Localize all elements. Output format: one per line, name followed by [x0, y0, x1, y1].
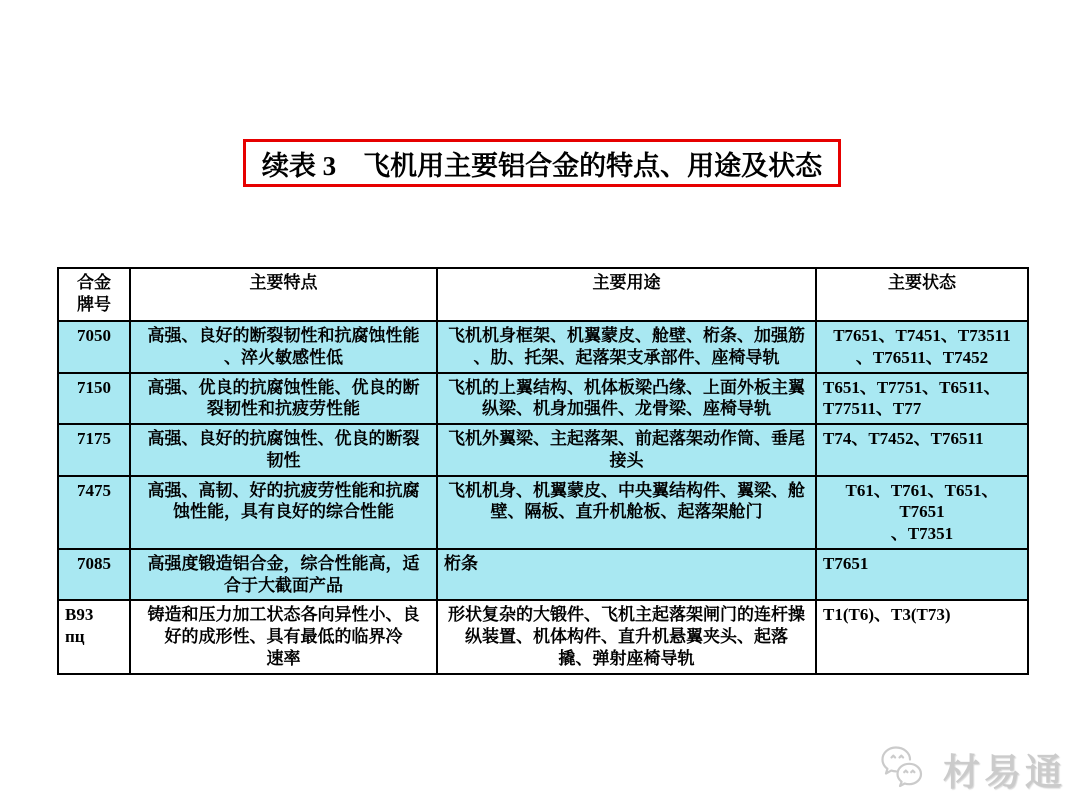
watermark-text: 材易通 [943, 742, 1066, 796]
table-row-7085: 7085 高强度锻造铝合金，综合性能高，适 合于大截面产品 桁条 T7651 [58, 549, 1028, 601]
table-row-7475: 7475 高强、高韧、好的抗疲劳性能和抗腐 蚀性能，具有良好的综合性能 飞机机身… [58, 476, 1028, 549]
cell-features: 高强、高韧、好的抗疲劳性能和抗腐 蚀性能，具有良好的综合性能 [130, 476, 437, 549]
cell-uses: 形状复杂的大锻件、飞机主起落架闸门的连杆操 纵装置、机体构件、直升机悬翼夹头、起… [437, 600, 816, 673]
cell-alloy: 7050 [58, 321, 130, 373]
table-row-7150: 7150 高强、优良的抗腐蚀性能、优良的断 裂韧性和抗疲劳性能 飞机的上翼结构、… [58, 373, 1028, 425]
cell-states: T1(T6)、T3(T73) [816, 600, 1028, 673]
cell-alloy: 7150 [58, 373, 130, 425]
cell-states: T7651、T7451、T73511 、T76511、T7452 [816, 321, 1028, 373]
cell-features: 铸造和压力加工状态各向异性小、良 好的成形性、具有最低的临界冷 速率 [130, 600, 437, 673]
cell-uses: 飞机的上翼结构、机体板梁凸缘、上面外板主翼 纵梁、机身加强件、龙骨梁、座椅导轨 [437, 373, 816, 425]
cell-features: 高强、良好的断裂韧性和抗腐蚀性能 、淬火敏感性低 [130, 321, 437, 373]
cell-features: 高强、优良的抗腐蚀性能、优良的断 裂韧性和抗疲劳性能 [130, 373, 437, 425]
alloy-table: 合金 牌号 主要特点 主要用途 主要状态 7050 高强、良好的断裂韧性和抗腐蚀… [57, 267, 1029, 675]
column-header-features: 主要特点 [130, 268, 437, 321]
cell-states: T7651 [816, 549, 1028, 601]
column-header-alloy-grade: 合金 牌号 [58, 268, 130, 321]
cell-states: T74、T7452、T76511 [816, 424, 1028, 476]
header-row: 合金 牌号 主要特点 主要用途 主要状态 [58, 268, 1028, 321]
column-header-states: 主要状态 [816, 268, 1028, 321]
cell-uses: 桁条 [437, 549, 816, 601]
page-title-box: 续表 3 飞机用主要铝合金的特点、用途及状态 [243, 139, 841, 187]
cell-alloy: B93 пц [58, 600, 130, 673]
column-header-uses: 主要用途 [437, 268, 816, 321]
slide-page: 续表 3 飞机用主要铝合金的特点、用途及状态 合金 牌号 主要特点 主要用途 主… [0, 0, 1080, 810]
table-row-7050: 7050 高强、良好的断裂韧性和抗腐蚀性能 、淬火敏感性低 飞机机身框架、机翼蒙… [58, 321, 1028, 373]
cell-features: 高强、良好的抗腐蚀性、优良的断裂 韧性 [130, 424, 437, 476]
cell-alloy: 7085 [58, 549, 130, 601]
cell-states: T61、T761、T651、T7651 、T7351 [816, 476, 1028, 549]
cell-states: T651、T7751、T6511、 T77511、T77 [816, 373, 1028, 425]
cell-uses: 飞机机身、机翼蒙皮、中央翼结构件、翼梁、舱 壁、隔板、直升机舱板、起落架舱门 [437, 476, 816, 549]
cell-features: 高强度锻造铝合金，综合性能高，适 合于大截面产品 [130, 549, 437, 601]
table-row-b93: B93 пц 铸造和压力加工状态各向异性小、良 好的成形性、具有最低的临界冷 速… [58, 600, 1028, 673]
watermark: 材易通 [877, 742, 1066, 796]
cell-alloy: 7475 [58, 476, 130, 549]
cell-alloy: 7175 [58, 424, 130, 476]
table-row-7175: 7175 高强、良好的抗腐蚀性、优良的断裂 韧性 飞机外翼梁、主起落架、前起落架… [58, 424, 1028, 476]
cell-uses: 飞机机身框架、机翼蒙皮、舱壁、桁条、加强筋 、肋、托架、起落架支承部件、座椅导轨 [437, 321, 816, 373]
page-title: 续表 3 飞机用主要铝合金的特点、用途及状态 [262, 144, 822, 183]
cell-uses: 飞机外翼梁、主起落架、前起落架动作筒、垂尾 接头 [437, 424, 816, 476]
chat-bubbles-icon [877, 744, 935, 794]
